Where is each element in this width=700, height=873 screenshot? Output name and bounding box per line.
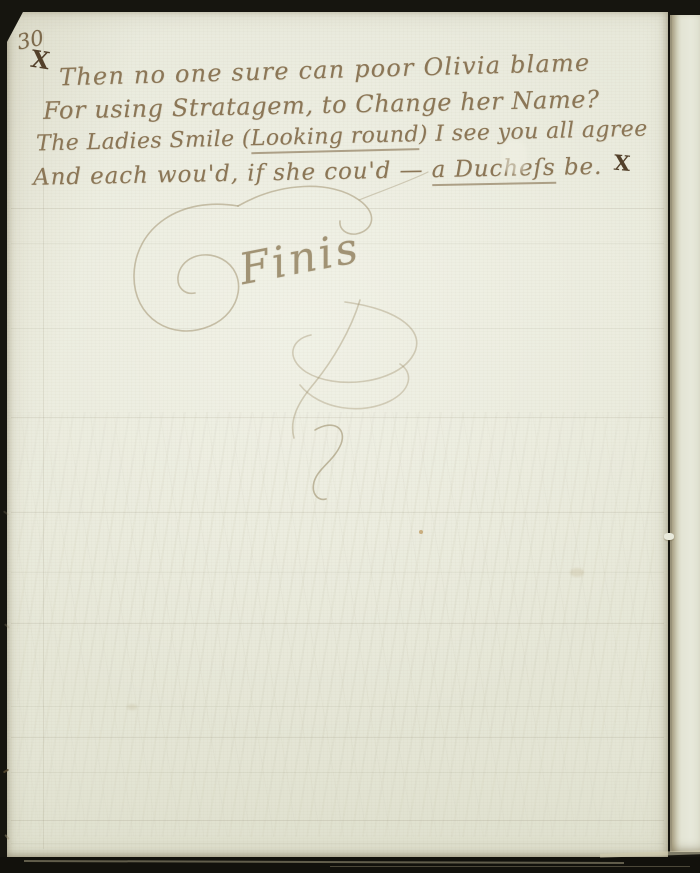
underlined-phrase: Looking round (251, 122, 420, 154)
crease-line (11, 417, 664, 418)
poem-text: be. (555, 154, 602, 181)
insertion-x-mark-end: X (613, 150, 632, 176)
faint-stain (127, 704, 137, 710)
underlined-phrase: a Ducheſs (431, 155, 556, 186)
poem-text: Then no one sure can poor Olivia blame (59, 49, 591, 92)
poem-line-4: And each wou'd, if she cou'd — a Ducheſs… (33, 153, 632, 190)
photograph-background: 30 X Then no one sure can poor Olivia bl… (0, 0, 700, 873)
manuscript-page: 30 X Then no one sure can poor Olivia bl… (7, 12, 668, 857)
crease-line (11, 820, 664, 821)
adjacent-page-edge (670, 15, 700, 852)
ink-bleedthrough-texture (17, 412, 654, 837)
poem-text: The Ladies Smile ( (36, 126, 251, 156)
crease-line (11, 706, 664, 707)
poem-line-1: Then no one sure can poor Olivia blame (59, 49, 591, 92)
poem-text: ) I see you all agree (419, 117, 648, 148)
poem-text: And each wou'd, if she cou'd — (33, 157, 432, 191)
finis-word: Finis (235, 223, 364, 295)
insertion-x-mark-top: X (29, 44, 52, 76)
crease-line (11, 208, 664, 209)
crease-line (11, 512, 664, 513)
crease-line (11, 843, 664, 844)
page-bottom-gutter (0, 857, 700, 873)
fox-spot-stain (419, 530, 423, 534)
crease-line (11, 328, 664, 329)
crease-line (11, 737, 664, 738)
faint-stain (570, 568, 584, 577)
page-edge-notch (664, 533, 674, 540)
crease-line (11, 623, 664, 624)
crease-line (11, 572, 664, 573)
crease-line (11, 772, 664, 773)
